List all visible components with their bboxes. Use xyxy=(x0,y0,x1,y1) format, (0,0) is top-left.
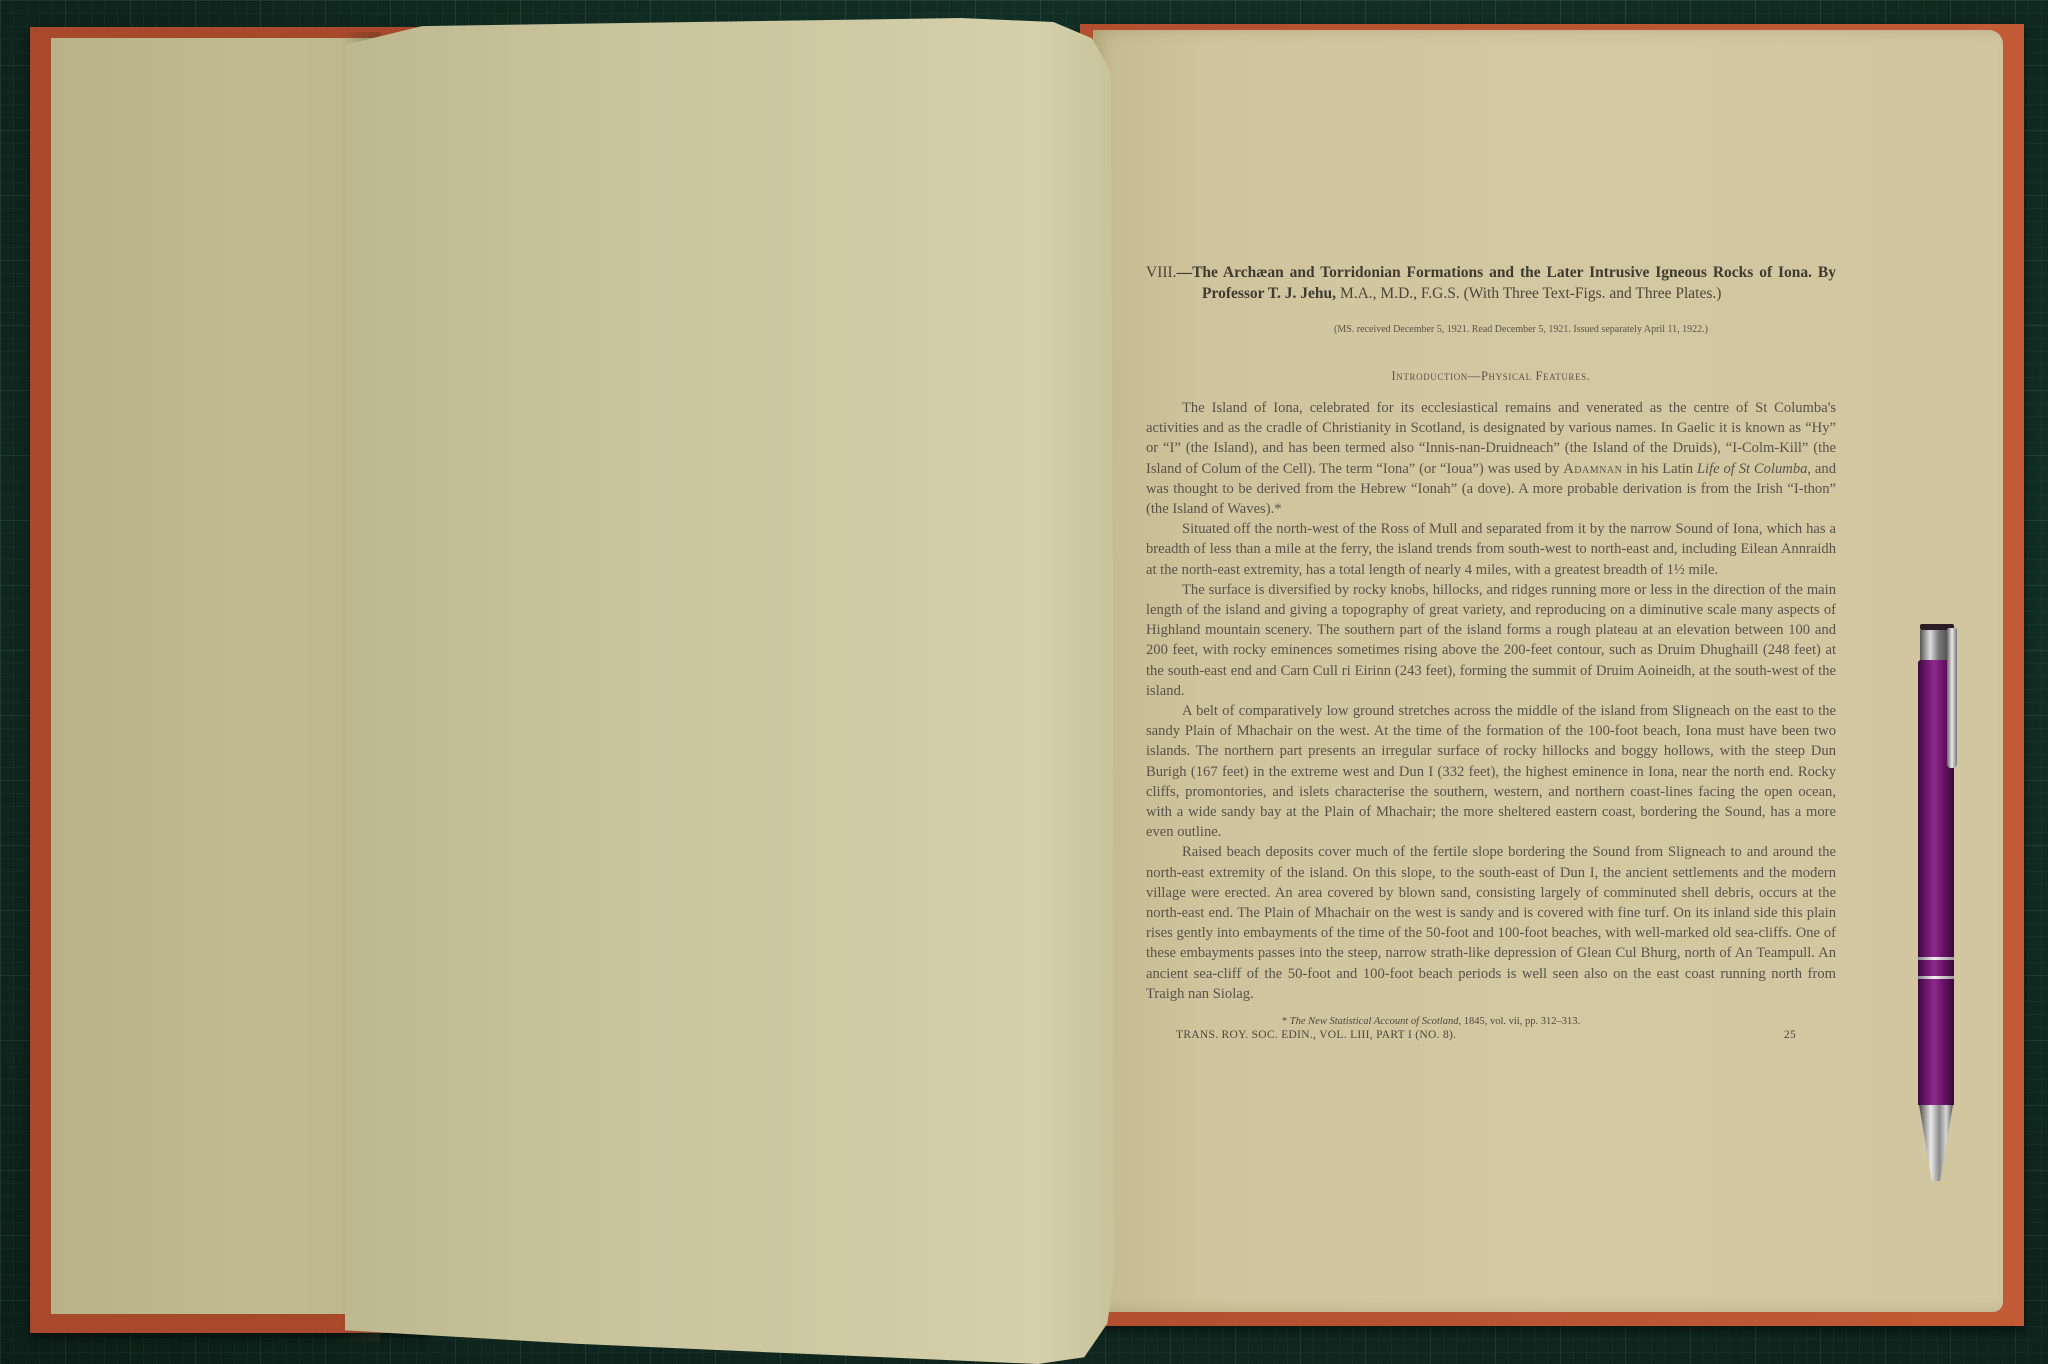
running-footer: TRANS. ROY. SOC. EDIN., VOL. LIII, PART … xyxy=(1146,1029,1836,1041)
manuscript-dates: (MS. received December 5, 1921. Read Dec… xyxy=(1146,324,1836,335)
article-title: VIII.—The Archæan and Torridonian Format… xyxy=(1146,262,1836,304)
pen-ring xyxy=(1918,976,1954,979)
pen-ring xyxy=(1918,957,1954,960)
journal-citation: TRANS. ROY. SOC. EDIN., VOL. LIII, PART … xyxy=(1176,1029,1456,1041)
paragraph-3: The surface is diversified by rocky knob… xyxy=(1146,580,1836,701)
paragraph-1-text-b: in his Latin xyxy=(1622,461,1697,477)
footnote: * The New Statistical Account of Scotlan… xyxy=(1146,1016,1836,1027)
turned-blank-leaf[interactable] xyxy=(345,18,1115,1364)
author-name-adamnan: Adamnan xyxy=(1563,461,1622,477)
article-title-credentials: M.A., M.D., F.G.S. (With Three Text-Figs… xyxy=(1336,285,1721,302)
book-title-italic: Life of St Columba xyxy=(1697,461,1808,477)
pen[interactable] xyxy=(1916,624,1962,1184)
paragraph-4: A belt of comparatively low ground stret… xyxy=(1146,701,1836,842)
footnote-citation: , 1845, vol. vii, pp. 312–313. xyxy=(1458,1016,1580,1027)
footnote-source-title: The New Statistical Account of Scotland xyxy=(1290,1016,1459,1027)
paragraph-5: Raised beach deposits cover much of the … xyxy=(1146,842,1836,1004)
section-heading: Introduction—Physical Features. xyxy=(1146,369,1836,384)
paragraph-1: The Island of Iona, celebrated for its e… xyxy=(1146,398,1836,519)
page-number: 25 xyxy=(1784,1029,1796,1041)
footnote-marker: * xyxy=(1282,1016,1290,1027)
paragraph-2: Situated off the north-west of the Ross … xyxy=(1146,519,1836,580)
article-number: VIII. xyxy=(1146,264,1177,281)
article-text-block: VIII.—The Archæan and Torridonian Format… xyxy=(1146,262,1836,1041)
pen-clip xyxy=(1947,628,1957,768)
pen-tip xyxy=(1919,1105,1953,1181)
